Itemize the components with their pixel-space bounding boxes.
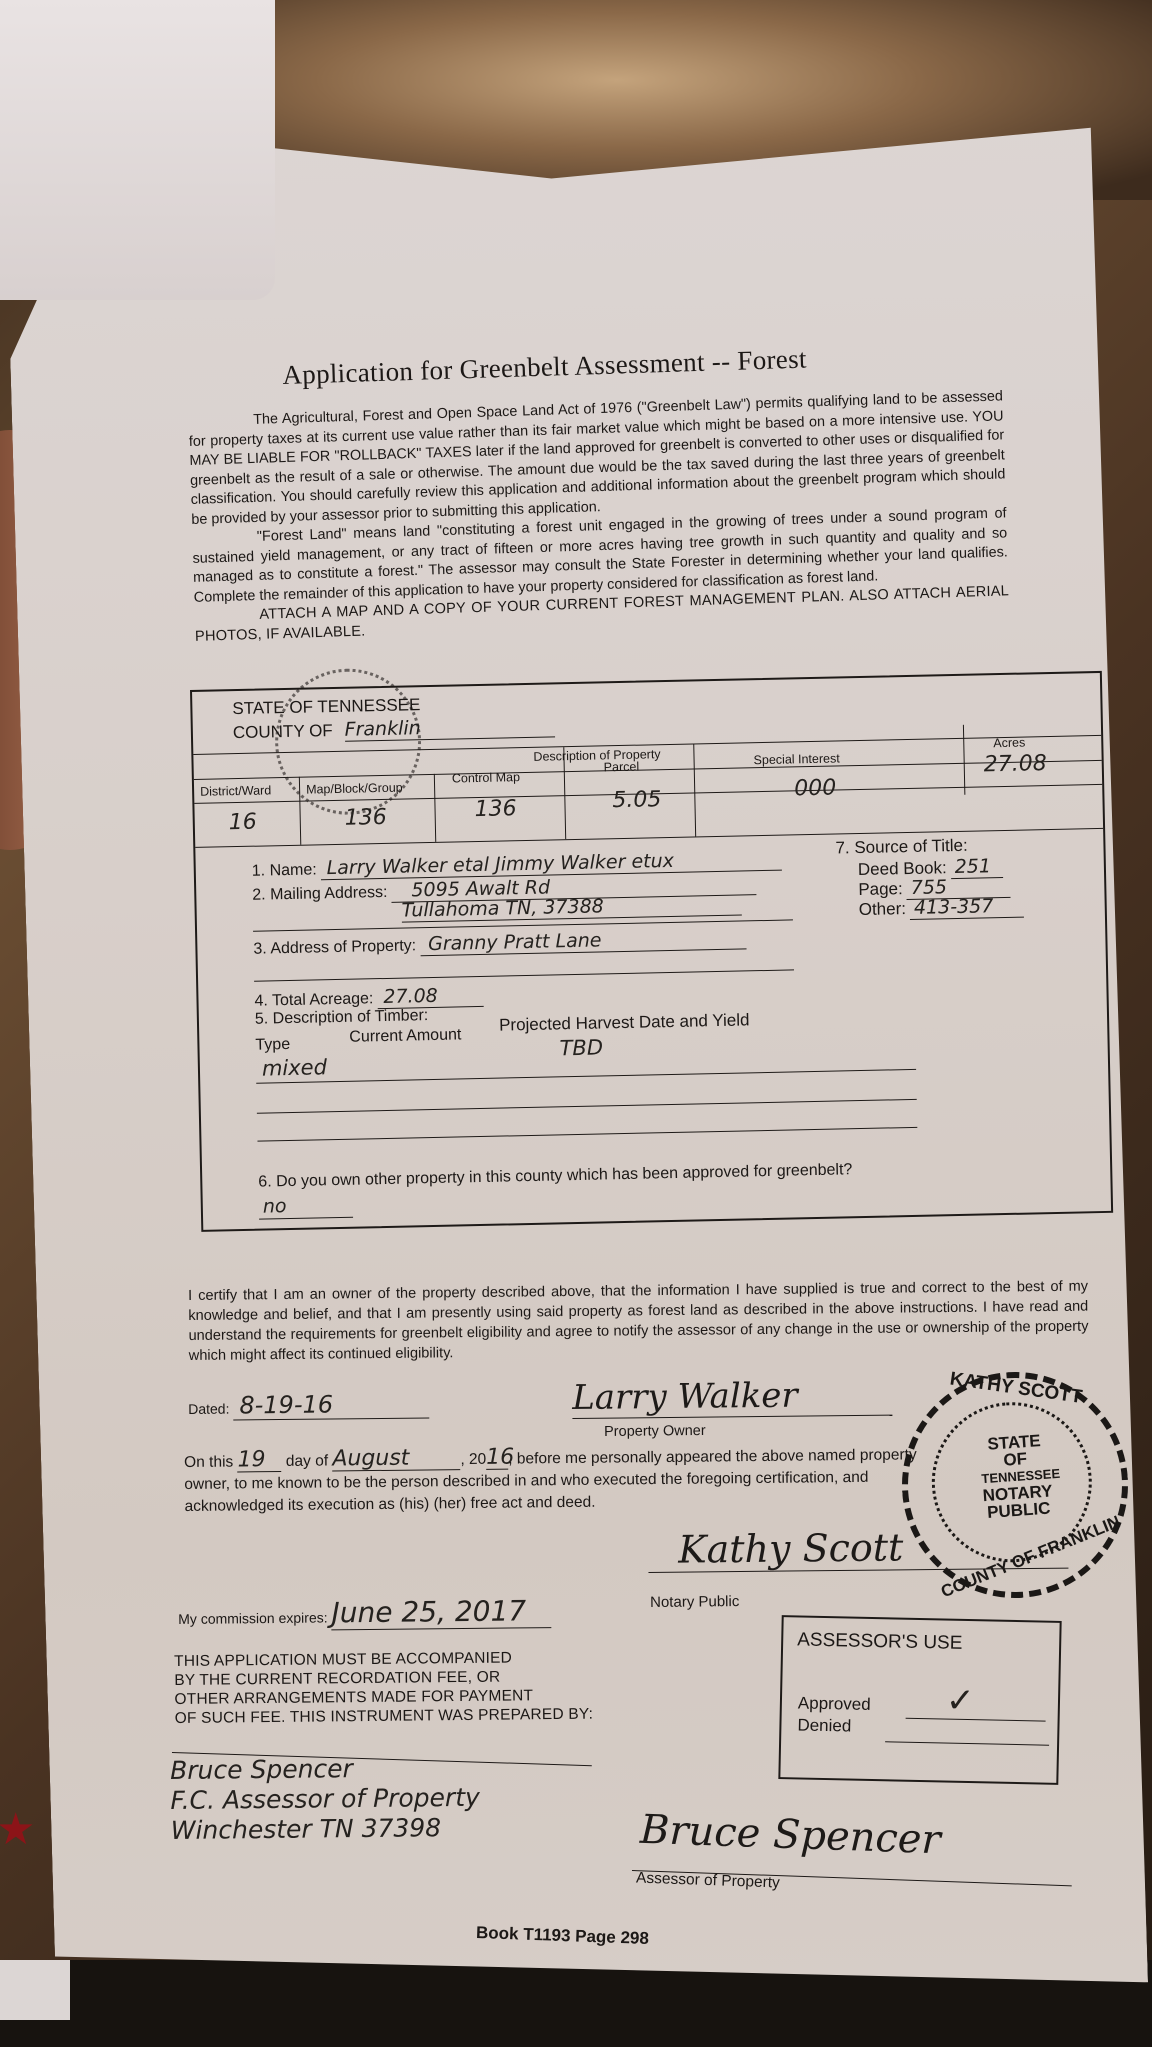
recording-notice: THIS APPLICATION MUST BE ACCOMPANIED BY … — [174, 1648, 593, 1728]
greenbelt-application: Application for Greenbelt Assessment -- … — [0, 0, 1152, 2047]
denied-line[interactable] — [885, 1719, 1049, 1745]
document-title: Application for Greenbelt Assessment -- … — [282, 344, 807, 391]
county-value[interactable]: Franklin — [344, 714, 554, 741]
assessor-label: Assessor of Property — [636, 1869, 780, 1892]
acres-value[interactable]: 27.08 — [983, 751, 1046, 777]
year-prefix: , 20 — [460, 1451, 486, 1468]
control-map-value[interactable]: 136 — [474, 796, 517, 822]
day-of-label: day of — [286, 1452, 328, 1469]
prepared-by: Bruce Spencer F.C. Assessor of Property … — [170, 1753, 480, 1846]
col-parcel: Parcel — [604, 760, 640, 775]
group-header: Description of Property — [533, 747, 660, 764]
assessors-use-box: ASSESSOR'S USE Approved ✓ Denied — [778, 1615, 1061, 1785]
preparer-name: Bruce Spencer — [170, 1753, 480, 1786]
total-acreage-label: 4. Total Acreage: — [254, 990, 373, 1009]
timber-col-amount: Current Amount — [349, 1026, 461, 1046]
commission-value[interactable]: June 25, 2017 — [331, 1594, 551, 1630]
other-label: Other: — [859, 899, 907, 919]
property-address-value[interactable]: Granny Pratt Lane — [420, 926, 746, 956]
special-interest-value[interactable]: 000 — [794, 775, 837, 801]
timber-col-type: Type — [255, 1036, 290, 1055]
timber-col-harvest: Projected Harvest Date and Yield — [499, 1010, 750, 1035]
property-address-label: 3. Address of Property: — [253, 937, 416, 957]
col-acres: Acres — [993, 736, 1025, 751]
notary-signature[interactable]: Kathy Scott — [648, 1524, 1068, 1573]
notary-label: Notary Public — [650, 1593, 739, 1611]
preparer-address: Winchester TN 37398 — [171, 1813, 481, 1846]
other-property-label: 6. Do you own other property in this cou… — [258, 1161, 852, 1190]
state-label: STATE OF TENNESSEE — [232, 695, 420, 719]
day-value[interactable]: 19 — [237, 1449, 281, 1472]
county-label: COUNTY OF — [233, 721, 333, 742]
other-property-value[interactable]: no — [259, 1193, 354, 1220]
district-value[interactable]: 16 — [229, 810, 258, 836]
total-acreage-value[interactable]: 27.08 — [377, 984, 483, 1009]
seal-center: STATE OF TENNESSEE NOTARY PUBLIC — [979, 1432, 1055, 1522]
timber-label: 5. Description of Timber: — [255, 1007, 429, 1029]
notice-line: OF SUCH FEE. THIS INSTRUMENT WAS PREPARE… — [175, 1705, 594, 1728]
dated-value[interactable]: 8-19-16 — [233, 1389, 429, 1420]
form-box: STATE OF TENNESSEE COUNTY OF Franklin De… — [190, 671, 1113, 1232]
denied-label: Denied — [797, 1715, 851, 1736]
month-value[interactable]: August — [332, 1447, 460, 1471]
timber-type-value[interactable]: mixed — [262, 1055, 327, 1080]
instructions: The Agricultural, Forest and Open Space … — [188, 387, 1010, 646]
name-label: 1. Name: — [252, 861, 317, 879]
notary-acknowledgment: On this 19 day of August, 2016, before m… — [184, 1442, 917, 1518]
page-label: Page: — [858, 879, 903, 899]
col-control-map: Control Map — [452, 770, 520, 785]
assessor-signature[interactable]: Bruce Spencer — [639, 1807, 941, 1863]
approved-line[interactable]: ✓ — [906, 1696, 1046, 1722]
source-title-label: 7. Source of Title: — [835, 836, 968, 859]
other-field: Other: 413-357 — [859, 895, 1025, 921]
certification-text: I certify that I am an owner of the prop… — [188, 1277, 1089, 1366]
on-this-label: On this — [184, 1453, 233, 1471]
assessors-use-title: ASSESSOR'S USE — [797, 1629, 963, 1654]
parcel-value[interactable]: 5.05 — [612, 787, 661, 813]
dated-field: Dated: 8-19-16 — [188, 1389, 430, 1421]
other-value[interactable]: 413-357 — [910, 895, 1024, 920]
approved-label: Approved — [798, 1693, 871, 1715]
timber-harvest-value[interactable]: TBD — [559, 1035, 603, 1060]
col-district: District/Ward — [200, 783, 271, 798]
property-table: Description of Property District/Ward Ma… — [193, 735, 1103, 848]
owner-signature[interactable]: Larry Walker — [572, 1375, 892, 1419]
mailing-label: 2. Mailing Address: — [252, 884, 388, 904]
property-address-field: 3. Address of Property: Granny Pratt Lan… — [253, 926, 746, 959]
dated-label: Dated: — [188, 1401, 229, 1417]
map-block-value[interactable]: 136 — [344, 805, 387, 831]
col-map-block: Map/Block/Group — [306, 781, 403, 797]
year-value[interactable]: 16 — [486, 1447, 508, 1470]
commission-field: My commission expires: June 25, 2017 — [178, 1594, 552, 1632]
other-property-question: 6. Do you own other property in this cou… — [258, 1158, 859, 1221]
commission-label: My commission expires: — [178, 1609, 328, 1627]
owner-label: Property Owner — [604, 1423, 706, 1440]
preparer-title: F.C. Assessor of Property — [170, 1783, 480, 1816]
checkmark-icon: ✓ — [946, 1681, 975, 1722]
notary-text-rest: , before me personally appeared the abov… — [508, 1446, 917, 1467]
col-special-interest: Special Interest — [753, 751, 839, 767]
book-page-stamp: Book T1193 Page 298 — [476, 1923, 650, 1949]
